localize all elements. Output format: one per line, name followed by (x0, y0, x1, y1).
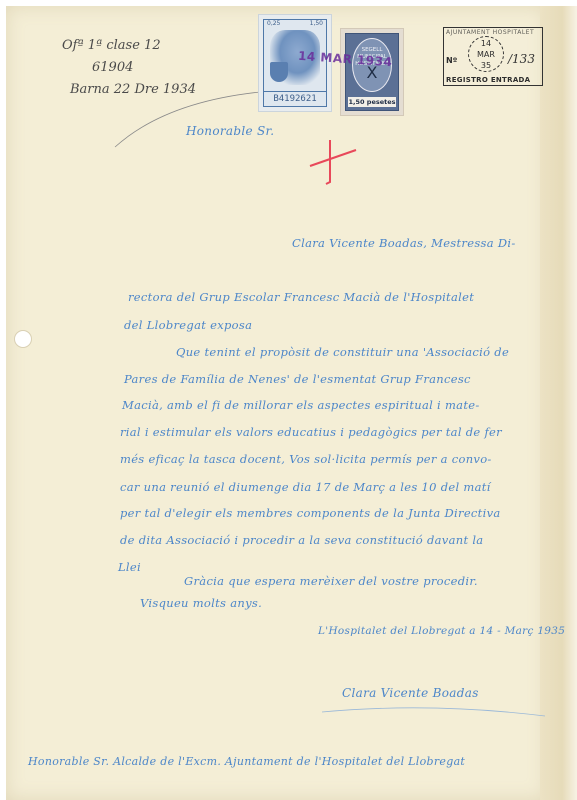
body-line-7: rial i estimular els valors educatius i … (120, 425, 502, 439)
body-line-6: Macià, amb el fi de millorar els aspecte… (122, 398, 480, 412)
stamp-value-right: 1,50 (310, 20, 323, 27)
registry-year: 35 (469, 60, 503, 71)
body-line-4: Que tenint el propòsit de constituir una… (176, 345, 509, 359)
pencil-note-number: 61904 (92, 60, 133, 75)
coat-of-arms-icon (270, 62, 288, 82)
signature: Clara Vicente Boadas (342, 686, 479, 700)
closing-line-2: Visqueu molts anys. (140, 596, 262, 610)
body-line-10: per tal d'elegir els membres components … (120, 506, 501, 520)
place-date: L'Hospitalet del Llobregat a 14 - Març 1… (318, 625, 565, 637)
stamp-value-left: 0,25 (267, 20, 280, 27)
registry-stamp: AJUNTAMENT HOSPITALET Nº 14 MAR 35 /133 … (443, 27, 543, 86)
stamp-serial: B4192621 (264, 91, 326, 104)
registry-no-label: Nº (446, 56, 457, 65)
salutation: Honorable Sr. (186, 124, 274, 138)
body-line-9: car una reunió el diumenge dia 17 de Mar… (120, 480, 491, 494)
registry-number: /133 (508, 52, 535, 66)
body-line-3: del Llobregat exposa (124, 318, 252, 332)
signature-underline (320, 700, 550, 720)
addressee: Honorable Sr. Alcalde de l'Excm. Ajuntam… (28, 755, 465, 768)
pencil-curve (105, 82, 265, 152)
body-line-5: Pares de Família de Nenes' de l'esmentat… (124, 372, 471, 386)
punch-hole (14, 330, 32, 348)
body-line-11: de dita Associació i procedir a la seva … (120, 533, 483, 547)
red-cross-mark (308, 140, 358, 190)
page-edge (540, 6, 577, 800)
registry-day: 14 (469, 38, 503, 49)
body-line-12: Llei (118, 560, 141, 574)
pencil-note-class: Ofª 1ª clase 12 (62, 38, 161, 53)
body-line-1: Clara Vicente Boadas, Mestressa Di- (292, 236, 516, 250)
body-line-2: rectora del Grup Escolar Francesc Macià … (128, 290, 474, 304)
registry-month: MAR (469, 49, 503, 60)
closing-line-1: Gràcia que espera merèixer del vostre pr… (184, 574, 478, 588)
municipal-stamp: SEGELL MUNICIPAL HOSPITALET X 1,50 peset… (340, 28, 404, 116)
registry-date-circle: 14 MAR 35 (468, 36, 504, 72)
body-line-8: més eficaç la tasca docent, Vos sol·lici… (120, 452, 492, 466)
registry-footer: REGISTRO ENTRADA (446, 76, 540, 84)
stamp-price: 1,50 pesetes (348, 97, 396, 107)
